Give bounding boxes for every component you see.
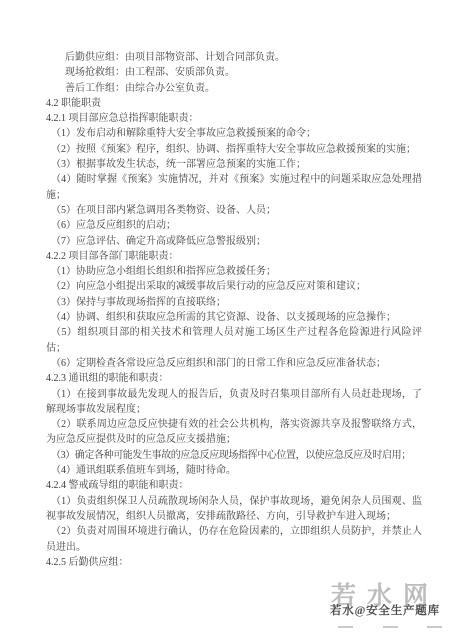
paragraph: 4.2.4 警戒疏导组的职能和职责： [46,478,422,493]
paragraph: （1）在接到事故最先发现人的报告后，负责及时召集项目部所有人员赶赴现场，了解现场… [46,387,422,418]
paragraph: （2）按照《预案》程序，组织、协调、指挥重特大安全事故应急救援预案的实施； [46,142,422,157]
paragraph: （3）根据事故发生状态，统一部署应急预案的实施工作； [46,157,422,172]
paragraph: （2）向应急小组提出采取的减缓事故后果行动的应急反应对策和建议； [46,279,422,294]
paragraph: 善后工作组：由综合办公室负责。 [46,81,422,96]
paragraph: （3）保持与事故现场指挥的直接联络； [46,295,422,310]
paragraph: （5）组织项目部的相关技术和管理人员对施工场区生产过程各危险源进行风险评估； [46,325,422,356]
paragraph: （1）发布启动和解除重特大安全事故应急救援预案的命令； [46,126,422,141]
paragraph: 后勤供应组：由项目部物资部、计划合同部负责。 [46,50,422,65]
paragraph: （2）负责对周围环境进行确认，仍存在危险因素的，立即组织人员防护，并禁止人员进出… [46,524,422,555]
paragraph: 现场抢救组：由工程部、安质部负责。 [46,65,422,80]
document-text: 后勤供应组：由项目部物资部、计划合同部负责。现场抢救组：由工程部、安质部负责。善… [46,50,422,570]
paragraph: （6）应急反应组织的启动； [46,218,422,233]
paragraph: （4）随时掌握《预案》实施情况，并对《预案》实施过程中的问题采取应急处理措施； [46,172,422,203]
paragraph: （4）通讯组联系值班车到场，随时待命。 [46,463,422,478]
paragraph: （2）联系周边应急反应快捷有效的社会公共机构，落实资源共享及报警联络方式，为应急… [46,417,422,448]
watermark: 若水网 若水@安全生产题库 [330,576,450,636]
paragraph: （5）在项目部内紧急调用各类物资、设备、人员； [46,203,422,218]
paragraph: （1）协助应急小组组长组织和指挥应急救援任务； [46,264,422,279]
paragraph: （6）定期检查各常设应急反应组织和部门的日常工作和应急反应准备状态； [46,356,422,371]
document-page: 后勤供应组：由项目部物资部、计划合同部负责。现场抢救组：由工程部、安质部负责。善… [0,0,450,636]
paragraph: （4）协调、组织和获取应急所需的其它资源、设备、以支援现场的应急操作； [46,310,422,325]
paragraph: 4.2.3 通讯组的职能和职责： [46,371,422,386]
watermark-underline-decoration [338,626,442,628]
paragraph: （1）负责组织保卫人员疏散现场闲杂人员，保护事故现场，避免闲杂人员围观、监视事故… [46,494,422,525]
paragraph: （7）应急评估、确定升高或降低应急警报级别； [46,234,422,249]
paragraph: （3）确定各种可能发生事故的应急反应现场指挥中心位置，以使应急反应及时启用； [46,448,422,463]
watermark-credit: 若水@安全生产题库 [330,602,440,618]
paragraph: 4.2.5 后勤供应组： [46,555,422,570]
paragraph: 4.2.2 项目部各部门职能职责： [46,249,422,264]
paragraph: 4.2 职能职责 [46,96,422,111]
paragraph: 4.2.1 项目部应急总指挥职能职责： [46,111,422,126]
